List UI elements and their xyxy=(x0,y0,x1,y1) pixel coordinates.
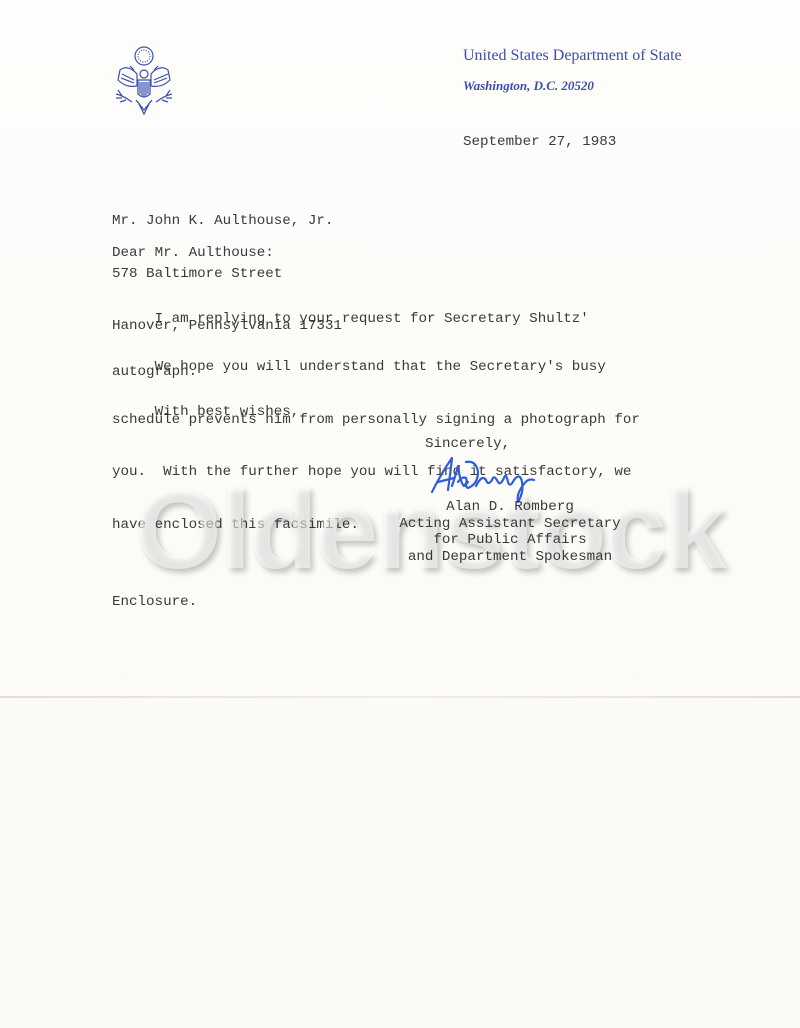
salutation: Dear Mr. Aulthouse: xyxy=(112,245,274,263)
sign-off: Sincerely, xyxy=(425,436,510,454)
signatory-title-line: Acting Assistant Secretary xyxy=(340,516,680,533)
signatory-title-line: for Public Affairs xyxy=(340,532,680,549)
paper-fold-line xyxy=(0,696,800,698)
great-seal-eagle-icon xyxy=(110,44,178,120)
signature-block: Alan D. Romberg Acting Assistant Secreta… xyxy=(340,499,680,565)
department-address: Washington, D.C. 20520 xyxy=(463,78,682,94)
paragraph-line: you. With the further hope you will find… xyxy=(112,464,640,482)
signatory-title-line: and Department Spokesman xyxy=(340,549,680,566)
paragraph-line: We hope you will understand that the Sec… xyxy=(112,359,640,377)
letterhead: United States Department of State Washin… xyxy=(463,46,682,94)
department-name: United States Department of State xyxy=(463,46,682,66)
recipient-name: Mr. John K. Aulthouse, Jr. xyxy=(112,213,342,231)
enclosure-note: Enclosure. xyxy=(112,594,197,612)
signatory-name: Alan D. Romberg xyxy=(340,499,680,516)
closing-wish: With best wishes, xyxy=(112,404,299,422)
handwritten-signature xyxy=(428,452,540,504)
letter-date: September 27, 1983 xyxy=(463,134,616,152)
